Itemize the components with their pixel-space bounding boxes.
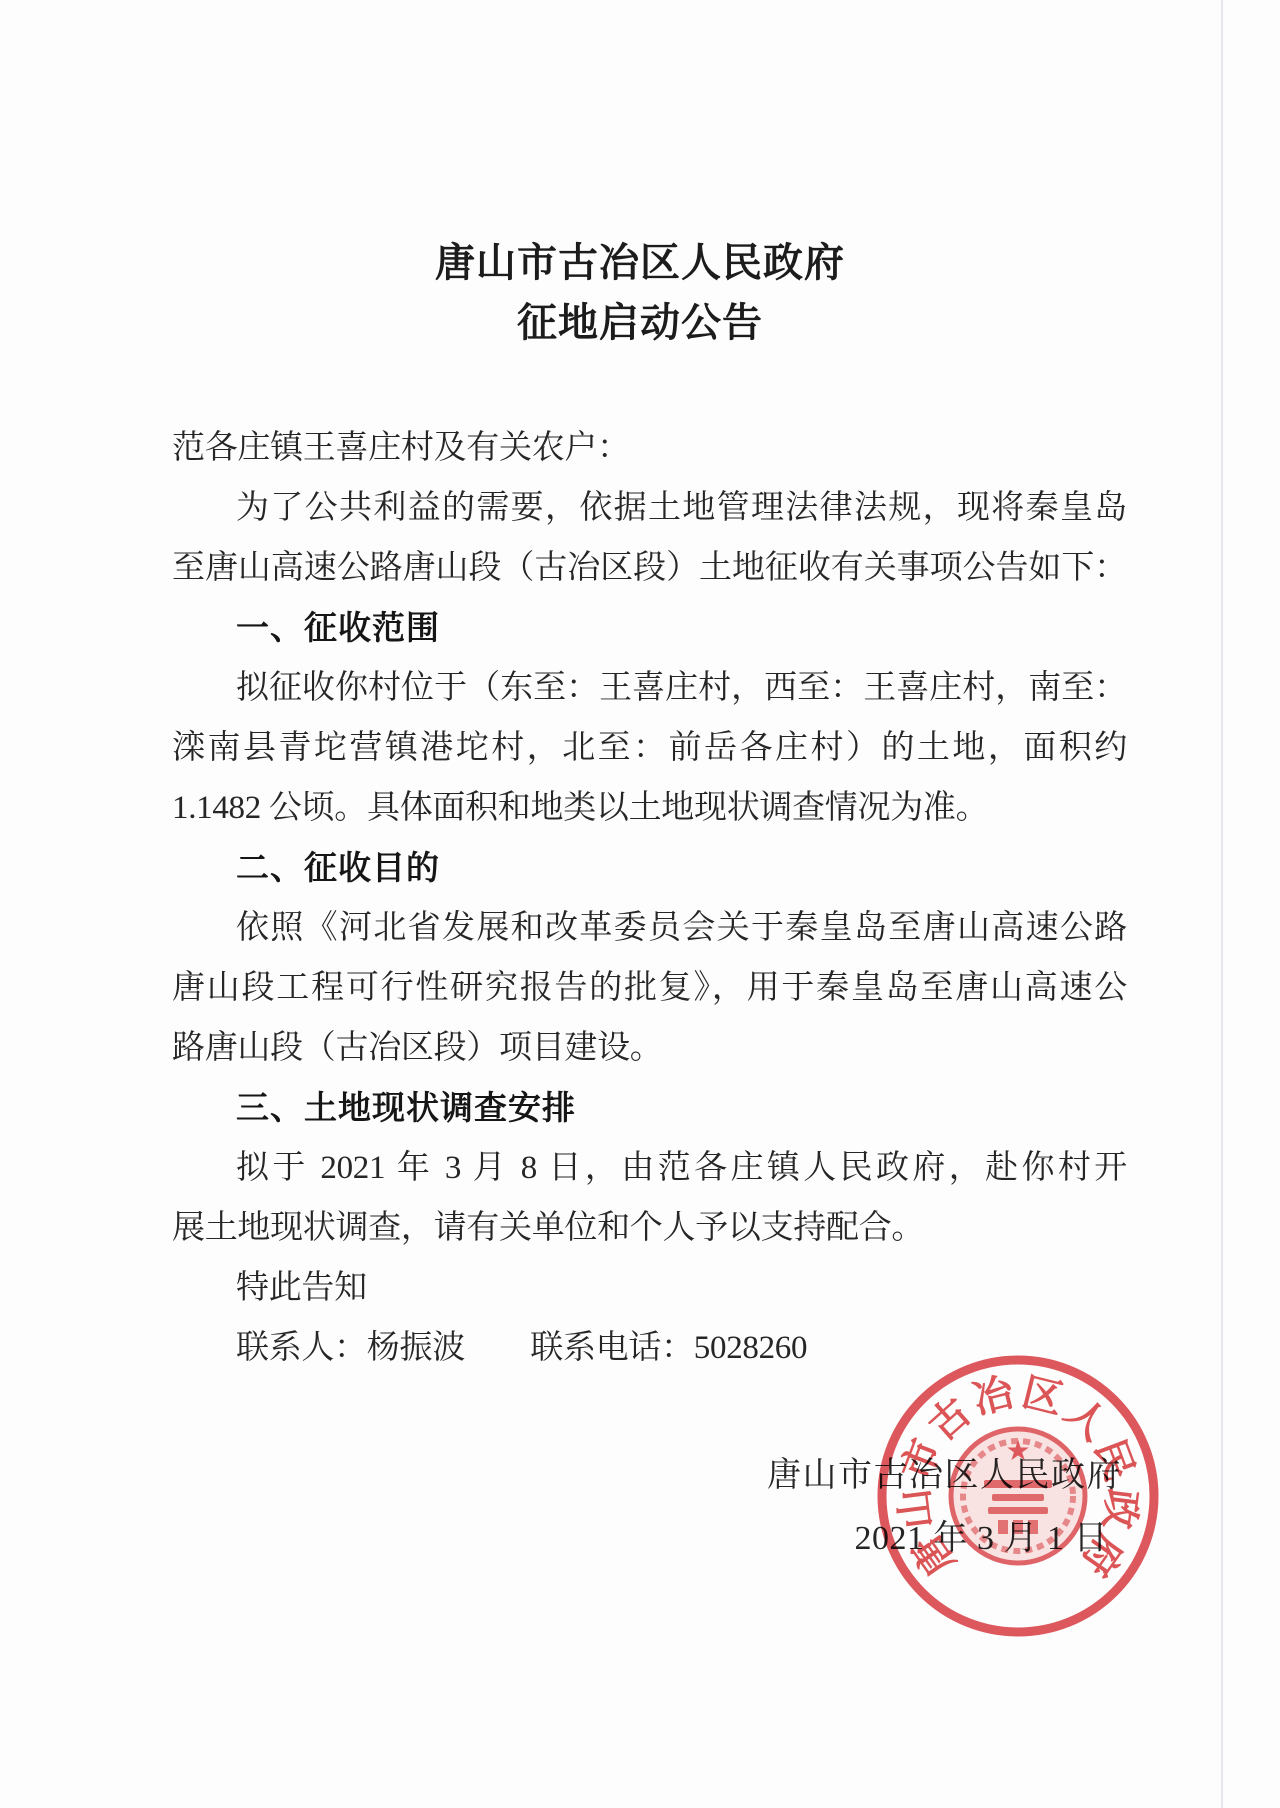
- official-seal: ★ 唐 山 市 古 冶 区 人 民 政 府: [868, 1344, 1168, 1644]
- body-line-2: 为了公共利益的需要，依据土地管理法律法规，现将秦皇岛: [172, 478, 1127, 538]
- salutation-line: 范各庄镇王喜庄村及有关农户：: [172, 418, 1127, 478]
- seal-ring-char: 民: [1086, 1433, 1142, 1486]
- document-body: 范各庄镇王喜庄村及有关农户： 为了公共利益的需要，依据土地管理法律法规，现将秦皇…: [172, 418, 1127, 1378]
- body-line-11: 路唐山段（古冶区段）项目建设。: [172, 1018, 1127, 1078]
- seal-ring-char: 区: [1018, 1369, 1068, 1422]
- section-heading-3: 三、土地现状调查安排: [172, 1078, 1127, 1138]
- emblem-star-icon: ★: [1005, 1436, 1030, 1467]
- body-line-13: 拟于 2021 年 3 月 8 日，由范各庄镇人民政府，赴你村开: [172, 1138, 1127, 1198]
- document-title: 唐山市古冶区人民政府 征地启动公告: [0, 233, 1280, 353]
- seal-ring-char: 山: [891, 1486, 941, 1531]
- body-line-5: 拟征收你村位于（东至：王喜庄村，西至：王喜庄村，南至：: [172, 658, 1127, 718]
- seal-ring-char: 政: [1095, 1486, 1145, 1531]
- section-heading-2: 二、征收目的: [172, 838, 1127, 898]
- body-line-6: 滦南县青坨营镇港坨村，北至：前岳各庄村）的土地，面积约: [172, 718, 1127, 778]
- document-page: { "doc": { "title_line1": "唐山市古冶区人民政府", …: [0, 0, 1280, 1808]
- doc-title-line2: 征地启动公告: [0, 293, 1280, 353]
- body-line-9: 依照《河北省发展和改革委员会关于秦皇岛至唐山高速公路: [172, 898, 1127, 958]
- national-emblem-icon: ★: [951, 1429, 1085, 1563]
- seal-ring-char: 冶: [968, 1369, 1020, 1423]
- body-line-10: 唐山段工程可行性研究报告的批复》，用于秦皇岛至唐山高速公: [172, 958, 1127, 1018]
- doc-title-line1: 唐山市古冶区人民政府: [0, 233, 1280, 293]
- body-line-7: 1.1482 公顷。具体面积和地类以土地现状调查情况为准。: [172, 778, 1127, 838]
- body-line-3: 至唐山高速公路唐山段（古冶区段）土地征收有关事项公告如下：: [172, 538, 1127, 598]
- closing-line: 特此告知: [172, 1258, 1127, 1318]
- body-line-14: 展土地现状调查，请有关单位和个人予以支持配合。: [172, 1198, 1127, 1258]
- section-heading-1: 一、征收范围: [172, 598, 1127, 658]
